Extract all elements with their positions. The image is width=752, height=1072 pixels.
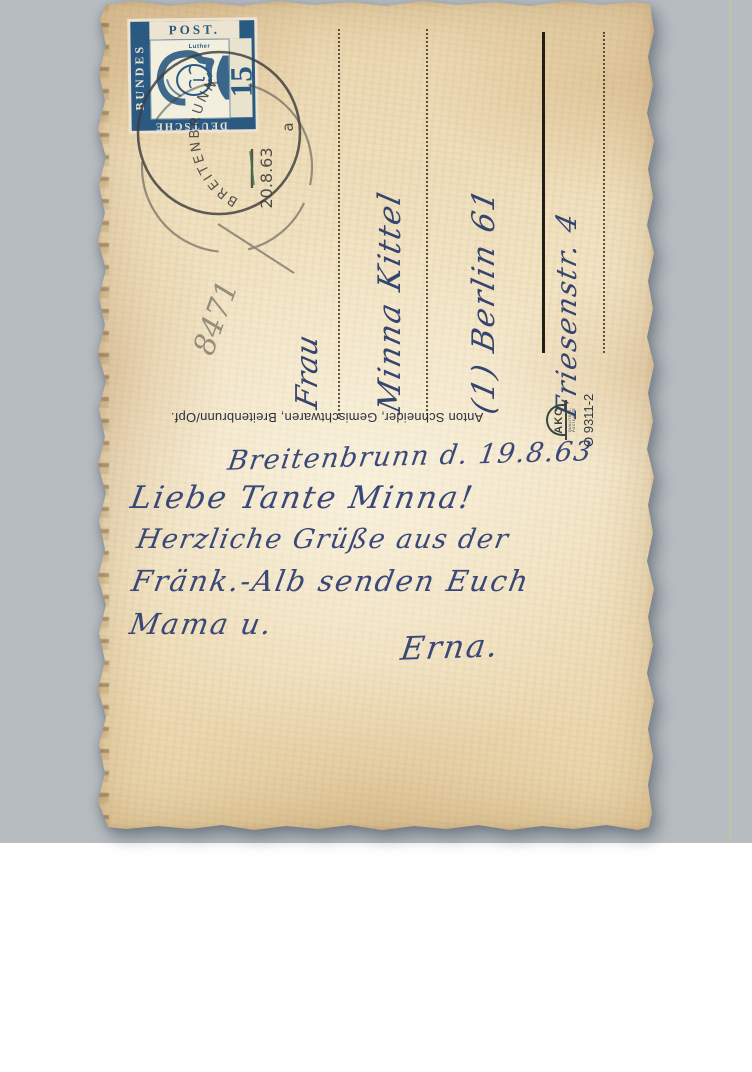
postcard: POST. BUNDES DEUTSCHE 15 <box>98 1 654 830</box>
postmark-town: BREITENBRUNN <box>187 75 241 210</box>
pencil-number: 8471 <box>187 276 246 360</box>
message-line-4: Mama u. <box>127 607 276 641</box>
ako-badge-dome: AKO <box>546 404 565 436</box>
address-city: (1) Berlin 61 <box>466 184 502 417</box>
message-line-1: Liebe Tante Minna! <box>128 480 477 516</box>
message-line-2: Herzliche Grüße aus der <box>134 524 512 555</box>
page-lower-background <box>0 843 752 1072</box>
publisher-imprint: Anton Schneider, Gemischtwaren, Breitenb… <box>153 410 501 425</box>
postmark-date: 20.8.63 <box>257 147 276 208</box>
postmark-cancel: BREITENBRUNN 20.8.63 a <box>138 52 300 214</box>
ako-logo-text: AKO <box>554 406 565 433</box>
message-signature: Erna. <box>398 626 502 668</box>
message-line-3: Fränk.-Alb senden Euch <box>129 564 533 598</box>
postcard-paper: POST. BUNDES DEUTSCHE 15 <box>98 1 654 830</box>
ako-logo-subtext: QUALITÄTS-POSTKARTE <box>565 400 576 440</box>
address-rule-dotted-3 <box>603 32 605 353</box>
address-street: Friesenstr. 4 <box>550 208 583 420</box>
address-rule-solid <box>542 32 545 353</box>
message-dateline: Breitenbrunn d. 19.8.63 <box>226 436 595 477</box>
postmark-circle-b <box>114 54 340 280</box>
scanner-artifact-line <box>729 0 731 843</box>
postmark-letter: a <box>279 122 297 131</box>
postmark-group: BREITENBRUNN 20.8.63 a 8471 <box>98 1 438 381</box>
